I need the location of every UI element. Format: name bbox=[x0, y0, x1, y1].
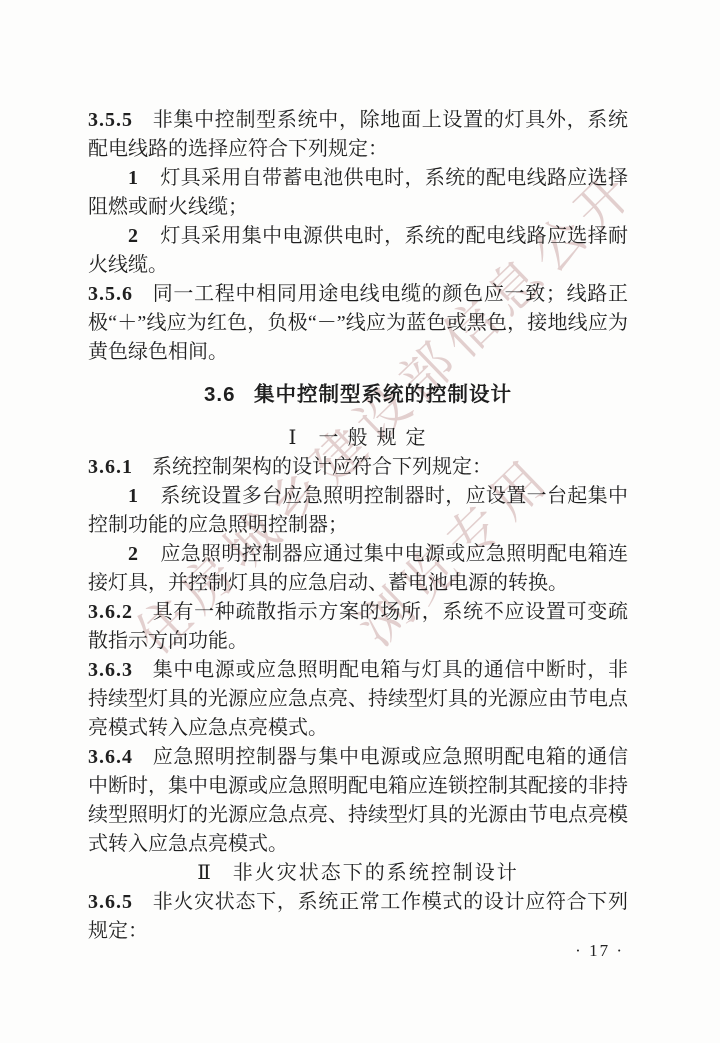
clause-3-6-5: 3.6.5非火灾状态下，系统正常工作模式的设计应符合下列规定： bbox=[88, 888, 628, 946]
clause-3-6-2: 3.6.2具有一种疏散指示方案的场所，系统不应设置可变疏散指示方向功能。 bbox=[88, 598, 628, 656]
clause-text: 具有一种疏散指示方案的场所，系统不应设置可变疏散指示方向功能。 bbox=[88, 601, 628, 652]
clause-3-6-4: 3.6.4应急照明控制器与集中电源或应急照明配电箱的通信中断时，集中电源或应急照… bbox=[88, 743, 628, 859]
clause-text: 同一工程中相同用途电线电缆的颜色应一致；线路正极“＋”线应为红色，负极“－”线应… bbox=[88, 283, 628, 363]
clause-text: 应急照明控制器与集中电源或应急照明配电箱的通信中断时，集中电源或应急照明配电箱应… bbox=[88, 746, 628, 855]
document-page: 住房城乡建设部信息公开 浏览专用 3.5.5非集中控制型系统中，除地面上设置的灯… bbox=[0, 0, 720, 1043]
clause-text: 非集中控制型系统中，除地面上设置的灯具外，系统配电线路的选择应符合下列规定： bbox=[88, 109, 628, 160]
item-number: 1 bbox=[128, 167, 138, 189]
clause-number: 3.5.6 bbox=[88, 283, 133, 305]
subsection-numeral: Ⅱ bbox=[197, 862, 211, 884]
item-number: 2 bbox=[128, 543, 138, 565]
item-text: 系统设置多台应急照明控制器时，应设置一台起集中控制功能的应急照明控制器； bbox=[88, 485, 628, 536]
page-content: 3.5.5非集中控制型系统中，除地面上设置的灯具外，系统配电线路的选择应符合下列… bbox=[0, 0, 720, 946]
subsection-heading-2: Ⅱ非火灾状态下的系统控制设计 bbox=[88, 859, 628, 888]
item-text: 灯具采用集中电源供电时，系统的配电线路应选择耐火线缆。 bbox=[88, 225, 628, 276]
clause-number: 3.6.4 bbox=[88, 746, 133, 768]
subsection-title: 非火灾状态下的系统控制设计 bbox=[233, 862, 519, 884]
section-heading-3-6: 3.6集中控制型系统的控制设计 bbox=[88, 380, 628, 409]
clause-3-5-5-item-2: 2灯具采用集中电源供电时，系统的配电线路应选择耐火线缆。 bbox=[88, 222, 628, 280]
clause-3-6-1-item-1: 1系统设置多台应急照明控制器时，应设置一台起集中控制功能的应急照明控制器； bbox=[88, 482, 628, 540]
clause-3-5-6: 3.5.6同一工程中相同用途电线电缆的颜色应一致；线路正极“＋”线应为红色，负极… bbox=[88, 280, 628, 367]
item-number: 2 bbox=[128, 225, 138, 247]
clause-number: 3.6.2 bbox=[88, 601, 133, 623]
clause-3-6-3: 3.6.3集中电源或应急照明配电箱与灯具的通信中断时，非持续型灯具的光源应应急点… bbox=[88, 656, 628, 743]
clause-text: 非火灾状态下，系统正常工作模式的设计应符合下列规定： bbox=[88, 891, 628, 942]
clause-number: 3.6.5 bbox=[88, 891, 133, 913]
clause-text: 系统控制架构的设计应符合下列规定： bbox=[152, 456, 492, 478]
clause-3-6-1-item-2: 2应急照明控制器应通过集中电源或应急照明配电箱连接灯具，并控制灯具的应急启动、蓄… bbox=[88, 540, 628, 598]
item-number: 1 bbox=[128, 485, 138, 507]
clause-number: 3.5.5 bbox=[88, 109, 133, 131]
item-text: 灯具采用自带蓄电池供电时，系统的配电线路应选择阻燃或耐火线缆； bbox=[88, 167, 628, 218]
clause-3-5-5: 3.5.5非集中控制型系统中，除地面上设置的灯具外，系统配电线路的选择应符合下列… bbox=[88, 106, 628, 164]
section-title: 集中控制型系统的控制设计 bbox=[254, 383, 512, 406]
clause-3-6-1: 3.6.1系统控制架构的设计应符合下列规定： bbox=[88, 453, 628, 482]
clause-3-5-5-item-1: 1灯具采用自带蓄电池供电时，系统的配电线路应选择阻燃或耐火线缆； bbox=[88, 164, 628, 222]
subsection-numeral: Ⅰ bbox=[289, 427, 297, 449]
section-number: 3.6 bbox=[204, 383, 236, 406]
subsection-heading-1: Ⅰ一 般 规 定 bbox=[88, 424, 628, 453]
subsection-title: 一 般 规 定 bbox=[318, 427, 427, 449]
clause-number: 3.6.1 bbox=[88, 456, 133, 478]
clause-text: 集中电源或应急照明配电箱与灯具的通信中断时，非持续型灯具的光源应应急点亮、持续型… bbox=[88, 659, 628, 739]
clause-number: 3.6.3 bbox=[88, 659, 133, 681]
item-text: 应急照明控制器应通过集中电源或应急照明配电箱连接灯具，并控制灯具的应急启动、蓄电… bbox=[88, 543, 628, 594]
page-number: · 17 · bbox=[575, 941, 624, 961]
